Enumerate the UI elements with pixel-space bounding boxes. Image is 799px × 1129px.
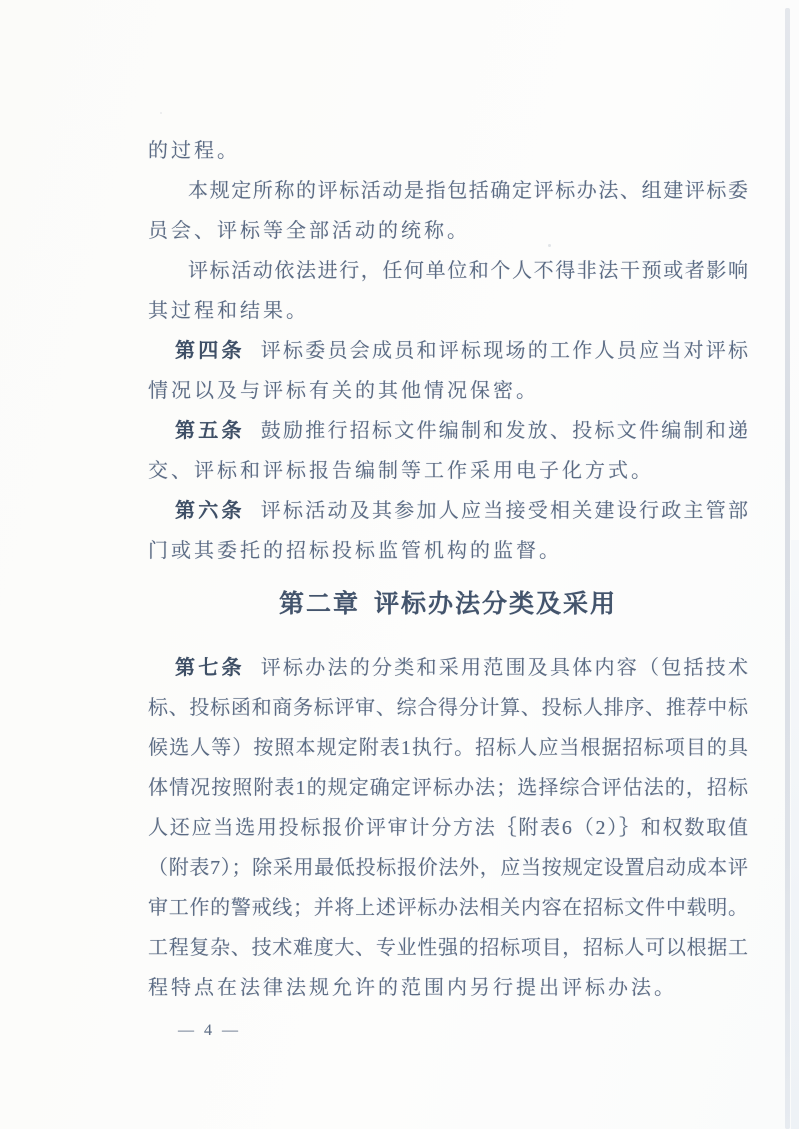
line-text: 评标办法的分类和采用范围及具体内容（包括技术 [261,657,748,679]
line-text: 的过程。 [148,140,240,162]
article-number: 第七条 [175,657,245,679]
line-text: （附表7）；除采用最低投标报价法外，应当按规定设置启动成本评 [148,857,748,879]
text-line: 其过程和结果。 [148,291,748,331]
line-text: 人还应当选用投标报价评审计分方法｛附表6（2）｝和权数取值 [148,817,748,839]
chapter-heading: 第二章评标办法分类及采用 [148,584,748,624]
scan-speck [160,112,162,114]
line-text: 标、投标函和商务标评审、综合得分计算、投标人排序、推荐中标 [148,697,748,719]
text-line: 第七条评标办法的分类和采用范围及具体内容（包括技术 [148,648,748,688]
text-line: 标、投标函和商务标评审、综合得分计算、投标人排序、推荐中标 [148,688,748,728]
text-line: 评标活动依法进行，任何单位和个人不得非法干预或者影响 [148,251,748,291]
chapter-number: 第二章 [279,590,360,618]
line-text: 其过程和结果。 [148,300,309,322]
text-line: 体情况按照附表1的规定确定评标办法；选择综合评估法的，招标 [148,768,748,808]
text-line: 程特点在法律法规允许的范围内另行提出评标办法。 [148,968,748,1008]
line-text: 情况以及与评标有关的其他情况保密。 [148,380,539,402]
text-line: 第六条评标活动及其参加人应当接受相关建设行政主管部 [148,491,748,531]
text-line: 情况以及与评标有关的其他情况保密。 [148,371,748,411]
document-body: 的过程。本规定所称的评标活动是指包括确定评标办法、组建评标委员会、评标等全部活动… [148,131,748,1008]
scan-edge-tint [791,540,799,1129]
article-number: 第四条 [175,340,245,362]
line-text: 评标活动依法进行，任何单位和个人不得非法干预或者影响 [188,260,748,282]
line-text: 评标活动及其参加人应当接受相关建设行政主管部 [261,500,748,522]
line-text: 工程复杂、技术难度大、专业性强的招标项目，招标人可以根据工 [148,937,748,959]
line-text: 候选人等）按照本规定附表1执行。招标人应当根据招标项目的具 [148,737,748,759]
line-text: 程特点在法律法规允许的范围内另行提出评标办法。 [148,977,677,999]
text-line: 交、评标和评标报告编制等工作采用电子化方式。 [148,451,748,491]
line-text: 交、评标和评标报告编制等工作采用电子化方式。 [148,460,654,482]
text-line: 的过程。 [148,131,748,171]
text-line: 审工作的警戒线；并将上述评标办法相关内容在招标文件中载明。 [148,888,748,928]
text-line: 第五条鼓励推行招标文件编制和发放、投标文件编制和递 [148,411,748,451]
line-text: 评标委员会成员和评标现场的工作人员应当对评标 [261,340,748,362]
line-text: 审工作的警戒线；并将上述评标办法相关内容在招标文件中载明。 [148,897,748,919]
line-text: 本规定所称的评标活动是指包括确定评标办法、组建评标委 [188,180,748,202]
text-line: 第四条评标委员会成员和评标现场的工作人员应当对评标 [148,331,748,371]
scan-speck [548,244,551,247]
line-text: 鼓励推行招标文件编制和发放、投标文件编制和递 [261,420,748,442]
scanned-document-page: 的过程。本规定所称的评标活动是指包括确定评标办法、组建评标委员会、评标等全部活动… [0,0,799,1129]
line-text: 体情况按照附表1的规定确定评标办法；选择综合评估法的，招标 [148,777,748,799]
text-line: 本规定所称的评标活动是指包括确定评标办法、组建评标委 [148,171,748,211]
text-line: 候选人等）按照本规定附表1执行。招标人应当根据招标项目的具 [148,728,748,768]
text-line: 工程复杂、技术难度大、专业性强的招标项目，招标人可以根据工 [148,928,748,968]
article-number: 第五条 [175,420,245,442]
page-number: — 4 — [178,1018,241,1044]
text-line: （附表7）；除采用最低投标报价法外，应当按规定设置启动成本评 [148,848,748,888]
chapter-title: 评标办法分类及采用 [374,590,617,618]
article-number: 第六条 [175,500,245,522]
text-line: 人还应当选用投标报价评审计分方法｛附表6（2）｝和权数取值 [148,808,748,848]
line-text: 门或其委托的招标投标监管机构的监督。 [148,540,562,562]
text-line: 门或其委托的招标投标监管机构的监督。 [148,531,748,571]
scan-edge-shadow [785,8,790,1129]
text-line: 员会、评标等全部活动的统称。 [148,211,748,251]
line-text: 员会、评标等全部活动的统称。 [148,220,470,242]
